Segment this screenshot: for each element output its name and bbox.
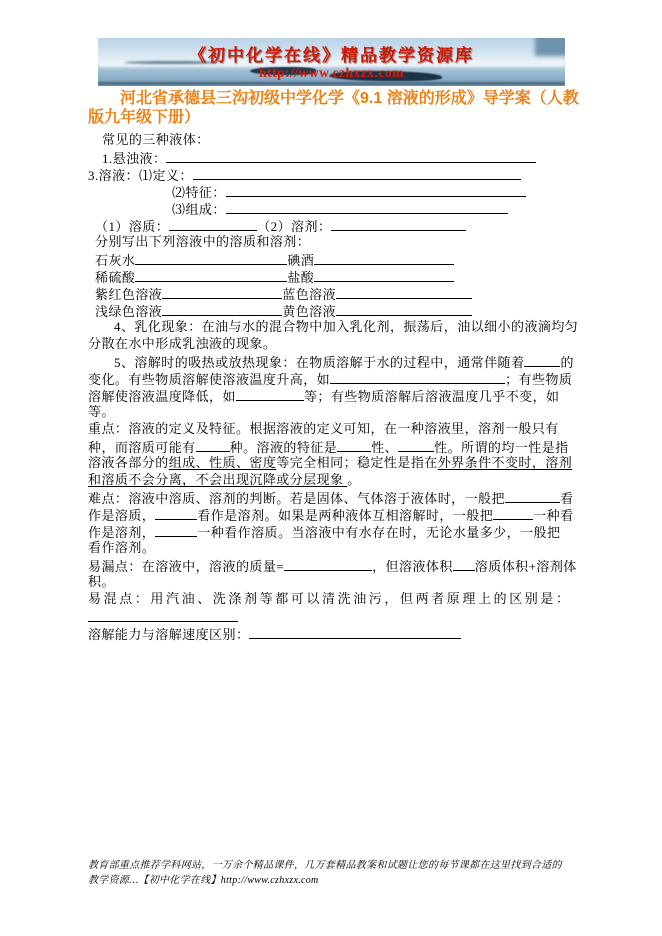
body-text: 等。	[88, 404, 115, 419]
fill-in-blank	[162, 284, 282, 299]
body-line: ⑵特征：	[88, 182, 574, 199]
body-text: 看作是溶剂。如果是两种液体互相溶解时，一般把	[197, 508, 493, 523]
fill-in-blank	[337, 437, 371, 452]
body-text: 溶解使溶液温度降低，如	[88, 389, 236, 404]
body-line: 溶解能力与溶解速度区别：	[88, 624, 574, 641]
body-line: 等。	[88, 403, 574, 420]
worksheet-body: 常见的三种液体：1.悬浊液：3.溶液：⑴定义：⑵特征：⑶组成：（1）溶质：（2）…	[88, 131, 574, 641]
body-line: 变化。有些物质溶解使溶液温度升高，如；有些物质	[88, 369, 574, 386]
body-text: 溶解能力与溶解速度区别：	[88, 627, 249, 642]
body-line	[88, 607, 574, 624]
body-text: 3.溶液：⑴定义：	[88, 168, 193, 183]
body-line: 看作溶剂。	[88, 539, 574, 556]
body-line: 易混点：用汽油、洗涤剂等都可以清洗油污，但两者原理上的区别是：	[88, 590, 574, 607]
fill-in-blank	[524, 352, 560, 367]
body-line: 分别写出下列溶液中的溶质和溶剂：	[88, 233, 574, 250]
document-title: 河北省承德县三沟初级中学化学《9.1 溶液的形成》导学案（人教版九年级下册）	[88, 89, 585, 127]
body-line: 重点：溶液的定义及特征。根据溶液的定义可知，在一种溶液里，溶剂一般只有	[88, 420, 574, 437]
body-line: 和溶质不会分离，不会出现沉降或分层现象 。	[88, 471, 574, 488]
body-text: 蓝色溶液	[282, 287, 336, 302]
body-line: 石灰水碘酒	[88, 250, 574, 267]
fill-in-blank	[226, 199, 508, 214]
body-text: 积。	[88, 574, 115, 589]
body-text: 组成、性质、密度	[169, 455, 277, 470]
body-line: 紫红色溶液蓝色溶液	[88, 284, 574, 301]
body-text: 等完全相同；稳定性是指在	[276, 455, 437, 470]
body-line: 浅绿色溶液黄色溶液	[88, 301, 574, 318]
body-text: （2）溶剂：	[257, 219, 331, 234]
banner-water-streak	[98, 82, 565, 85]
body-line: 溶液各部分的组成、性质、密度等完全相同；稳定性是指在外界条件不变时，溶剂	[88, 454, 574, 471]
fill-in-blank	[155, 505, 197, 520]
body-line: 稀硫酸盐酸	[88, 267, 574, 284]
body-text: 作是溶质，	[88, 508, 155, 523]
body-line: ⑶组成：	[88, 199, 574, 216]
body-text: 易漏点：在溶液中，溶液的质量=	[88, 559, 284, 574]
body-line: 作是溶剂，一种看作溶质。当溶液中有水存在时，无论水量多少，一般把	[88, 522, 574, 539]
fill-in-blank	[505, 488, 560, 503]
fill-in-blank	[135, 250, 287, 265]
body-text: 重点：溶液的定义及特征。根据溶液的定义可知，在一种溶液里，溶剂一般只有	[88, 421, 559, 436]
body-line: 易漏点：在溶液中，溶液的质量=，但溶液体积溶质体积+溶剂体	[88, 556, 574, 573]
body-line: 作是溶质，看作是溶剂。如果是两种液体互相溶解时，一般把一种看	[88, 505, 574, 522]
body-text: 难点：溶液中溶质、溶剂的判断。若是固体、气体溶于液体时，一般把	[88, 491, 505, 506]
body-text: 黄色溶液	[282, 304, 336, 319]
body-text: 外界条件不变时，溶剂	[438, 455, 573, 470]
body-text: 分别写出下列溶液中的溶质和溶剂：	[95, 234, 310, 249]
fill-in-blank	[88, 607, 238, 622]
document-page: 《初中化学在线》精品教学资源库 http://www.czhxzx.com 河北…	[0, 0, 662, 936]
body-line: （1）溶质：（2）溶剂：	[88, 216, 574, 233]
fill-in-blank	[453, 556, 475, 571]
body-text: 浅绿色溶液	[95, 304, 162, 319]
fill-in-blank	[314, 250, 454, 265]
body-text: 常见的三种液体：	[102, 132, 210, 147]
banner-site-url: http://www.czhxzx.com	[98, 65, 565, 81]
fill-in-blank	[155, 522, 197, 537]
fill-in-blank	[236, 386, 304, 401]
fill-in-blank	[336, 284, 472, 299]
fill-in-blank	[314, 267, 454, 282]
fill-in-blank	[336, 301, 472, 316]
body-text: 分散在水中形成乳浊液的现象。	[88, 336, 276, 351]
body-text: 看作溶剂。	[88, 540, 155, 555]
fill-in-blank	[493, 505, 533, 520]
body-text: 溶液各部分的	[88, 455, 169, 470]
body-text: 5、溶解时的吸热或放热现象：在物质溶解于水的过程中，通常伴随着	[114, 355, 524, 370]
body-text: ⑶组成：	[172, 202, 226, 217]
body-text: 石灰水	[95, 253, 135, 268]
body-text: 盐酸	[287, 270, 314, 285]
body-text: 看	[560, 491, 573, 506]
body-line: 分散在水中形成乳浊液的现象。	[88, 335, 574, 352]
body-text: 和溶质不会分离，不会出现沉降或分层现象	[88, 472, 347, 487]
body-text: 一种看作溶质。当溶液中有水存在时，无论水量多少，一般把	[197, 525, 560, 540]
body-line: 1.悬浊液：	[88, 148, 574, 165]
body-text: 4、乳化现象：在油与水的混合物中加入乳化剂，振荡后，油以细小的液滴均匀	[114, 319, 578, 334]
body-text: ；有些物质	[505, 372, 572, 387]
body-text: 溶质体积+溶剂体	[475, 559, 577, 574]
fill-in-blank	[284, 556, 372, 571]
body-text: 性、	[371, 440, 398, 455]
fill-in-blank	[169, 216, 257, 231]
body-text: 。	[347, 472, 360, 487]
body-text: ⑵特征：	[172, 185, 226, 200]
body-text: 紫红色溶液	[95, 287, 162, 302]
body-text: （1）溶质：	[95, 219, 169, 234]
fill-in-blank	[331, 216, 466, 231]
body-text: ，但溶液体积	[372, 559, 453, 574]
body-line: 5、溶解时的吸热或放热现象：在物质溶解于水的过程中，通常伴随着的	[88, 352, 574, 369]
body-line: 难点：溶液中溶质、溶剂的判断。若是固体、气体溶于液体时，一般把看	[88, 488, 574, 505]
body-text: 等；有些物质溶解后溶液温度几乎不变，如	[304, 389, 560, 404]
footer-promo-text: 教育部重点推荐学科网站，一万余个精品课件，几万套精品教案和试题让您的每节课都在这…	[88, 858, 562, 888]
body-text: 种。溶液的特征是	[230, 440, 338, 455]
body-text: 碘酒	[287, 253, 314, 268]
body-text: 易混点：用汽油、洗涤剂等都可以清洗油污，但两者原理上的区别是：	[88, 591, 572, 606]
body-line: 4、乳化现象：在油与水的混合物中加入乳化剂，振荡后，油以细小的液滴均匀	[88, 318, 574, 335]
body-text: 1.悬浊液：	[102, 151, 166, 166]
fill-in-blank	[162, 301, 282, 316]
body-text: 稀硫酸	[95, 270, 135, 285]
body-line: 常见的三种液体：	[88, 131, 574, 148]
fill-in-blank	[166, 148, 536, 163]
fill-in-blank	[193, 165, 521, 180]
fill-in-blank	[196, 437, 230, 452]
site-banner: 《初中化学在线》精品教学资源库 http://www.czhxzx.com	[98, 38, 565, 86]
body-line: 种，而溶质可能有种。溶液的特征是性、性。所谓的均一性是指	[88, 437, 574, 454]
fill-in-blank	[249, 624, 461, 639]
body-text: 种，而溶质可能有	[88, 440, 196, 455]
body-text: 变化。有些物质溶解使溶液温度升高，如	[88, 372, 330, 387]
body-line: 3.溶液：⑴定义：	[88, 165, 574, 182]
body-text: 一种看	[533, 508, 573, 523]
body-text: 的	[560, 355, 573, 370]
fill-in-blank	[135, 267, 287, 282]
body-text: 性。所谓的均一性是指	[434, 440, 569, 455]
body-line: 溶解使溶液温度降低，如等；有些物质溶解后溶液温度几乎不变，如	[88, 386, 574, 403]
body-text: 作是溶剂，	[88, 525, 155, 540]
fill-in-blank	[398, 437, 434, 452]
banner-site-title: 《初中化学在线》精品教学资源库	[98, 41, 565, 66]
body-line: 积。	[88, 573, 574, 590]
fill-in-blank	[226, 182, 526, 197]
fill-in-blank	[330, 369, 505, 384]
